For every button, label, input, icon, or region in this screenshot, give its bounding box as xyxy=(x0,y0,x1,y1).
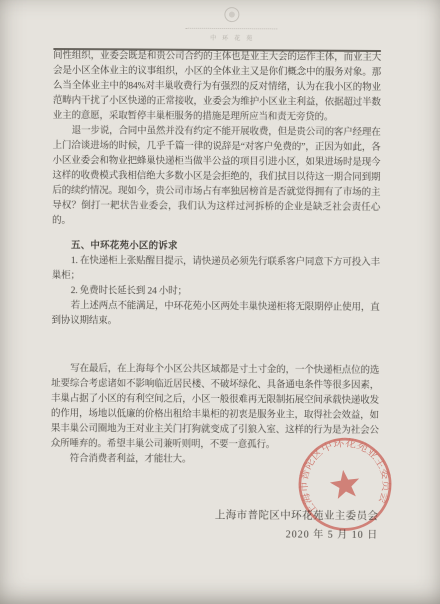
seal-star-icon xyxy=(328,468,361,500)
paper: 中环花苑 间性组织，业委会既是和贵公司合约的主体也是业主大会的运作主体，而业主大… xyxy=(0,0,440,604)
paragraph-ultimatum: 若上述两点不能满足，中环花苑小区两处丰巢快递柜将无限期停止使用，直到协议期结束。 xyxy=(51,299,379,331)
paragraph-continuation: 间性组织，业委会既是和贵公司合约的主体也是业主大会的运作主体，而业主大会是小区全… xyxy=(53,49,381,126)
demand-item-1: 1. 在快递柜上张贴醒目提示，请快递员必须先行联系客户同意下方可投入丰巢柜； xyxy=(52,254,380,286)
paragraph-contract: 退一步说，合同中虽然并没有约定不能开展收费，但是贵公司的客户经理在上门洽谈进场的… xyxy=(52,124,381,231)
official-seal: 上海市普陀区中环花苑业主委员会 xyxy=(290,430,399,539)
letterhead-name: 中环花苑 xyxy=(151,33,311,43)
letterhead-caption-line xyxy=(185,28,277,30)
document-photo: 中环花苑 间性组织，业委会既是和贵公司合约的主体也是业主大会的运作主体，而业主大… xyxy=(0,0,440,604)
letterhead: 中环花苑 xyxy=(151,7,311,43)
letterhead-logo-icon xyxy=(224,7,239,22)
